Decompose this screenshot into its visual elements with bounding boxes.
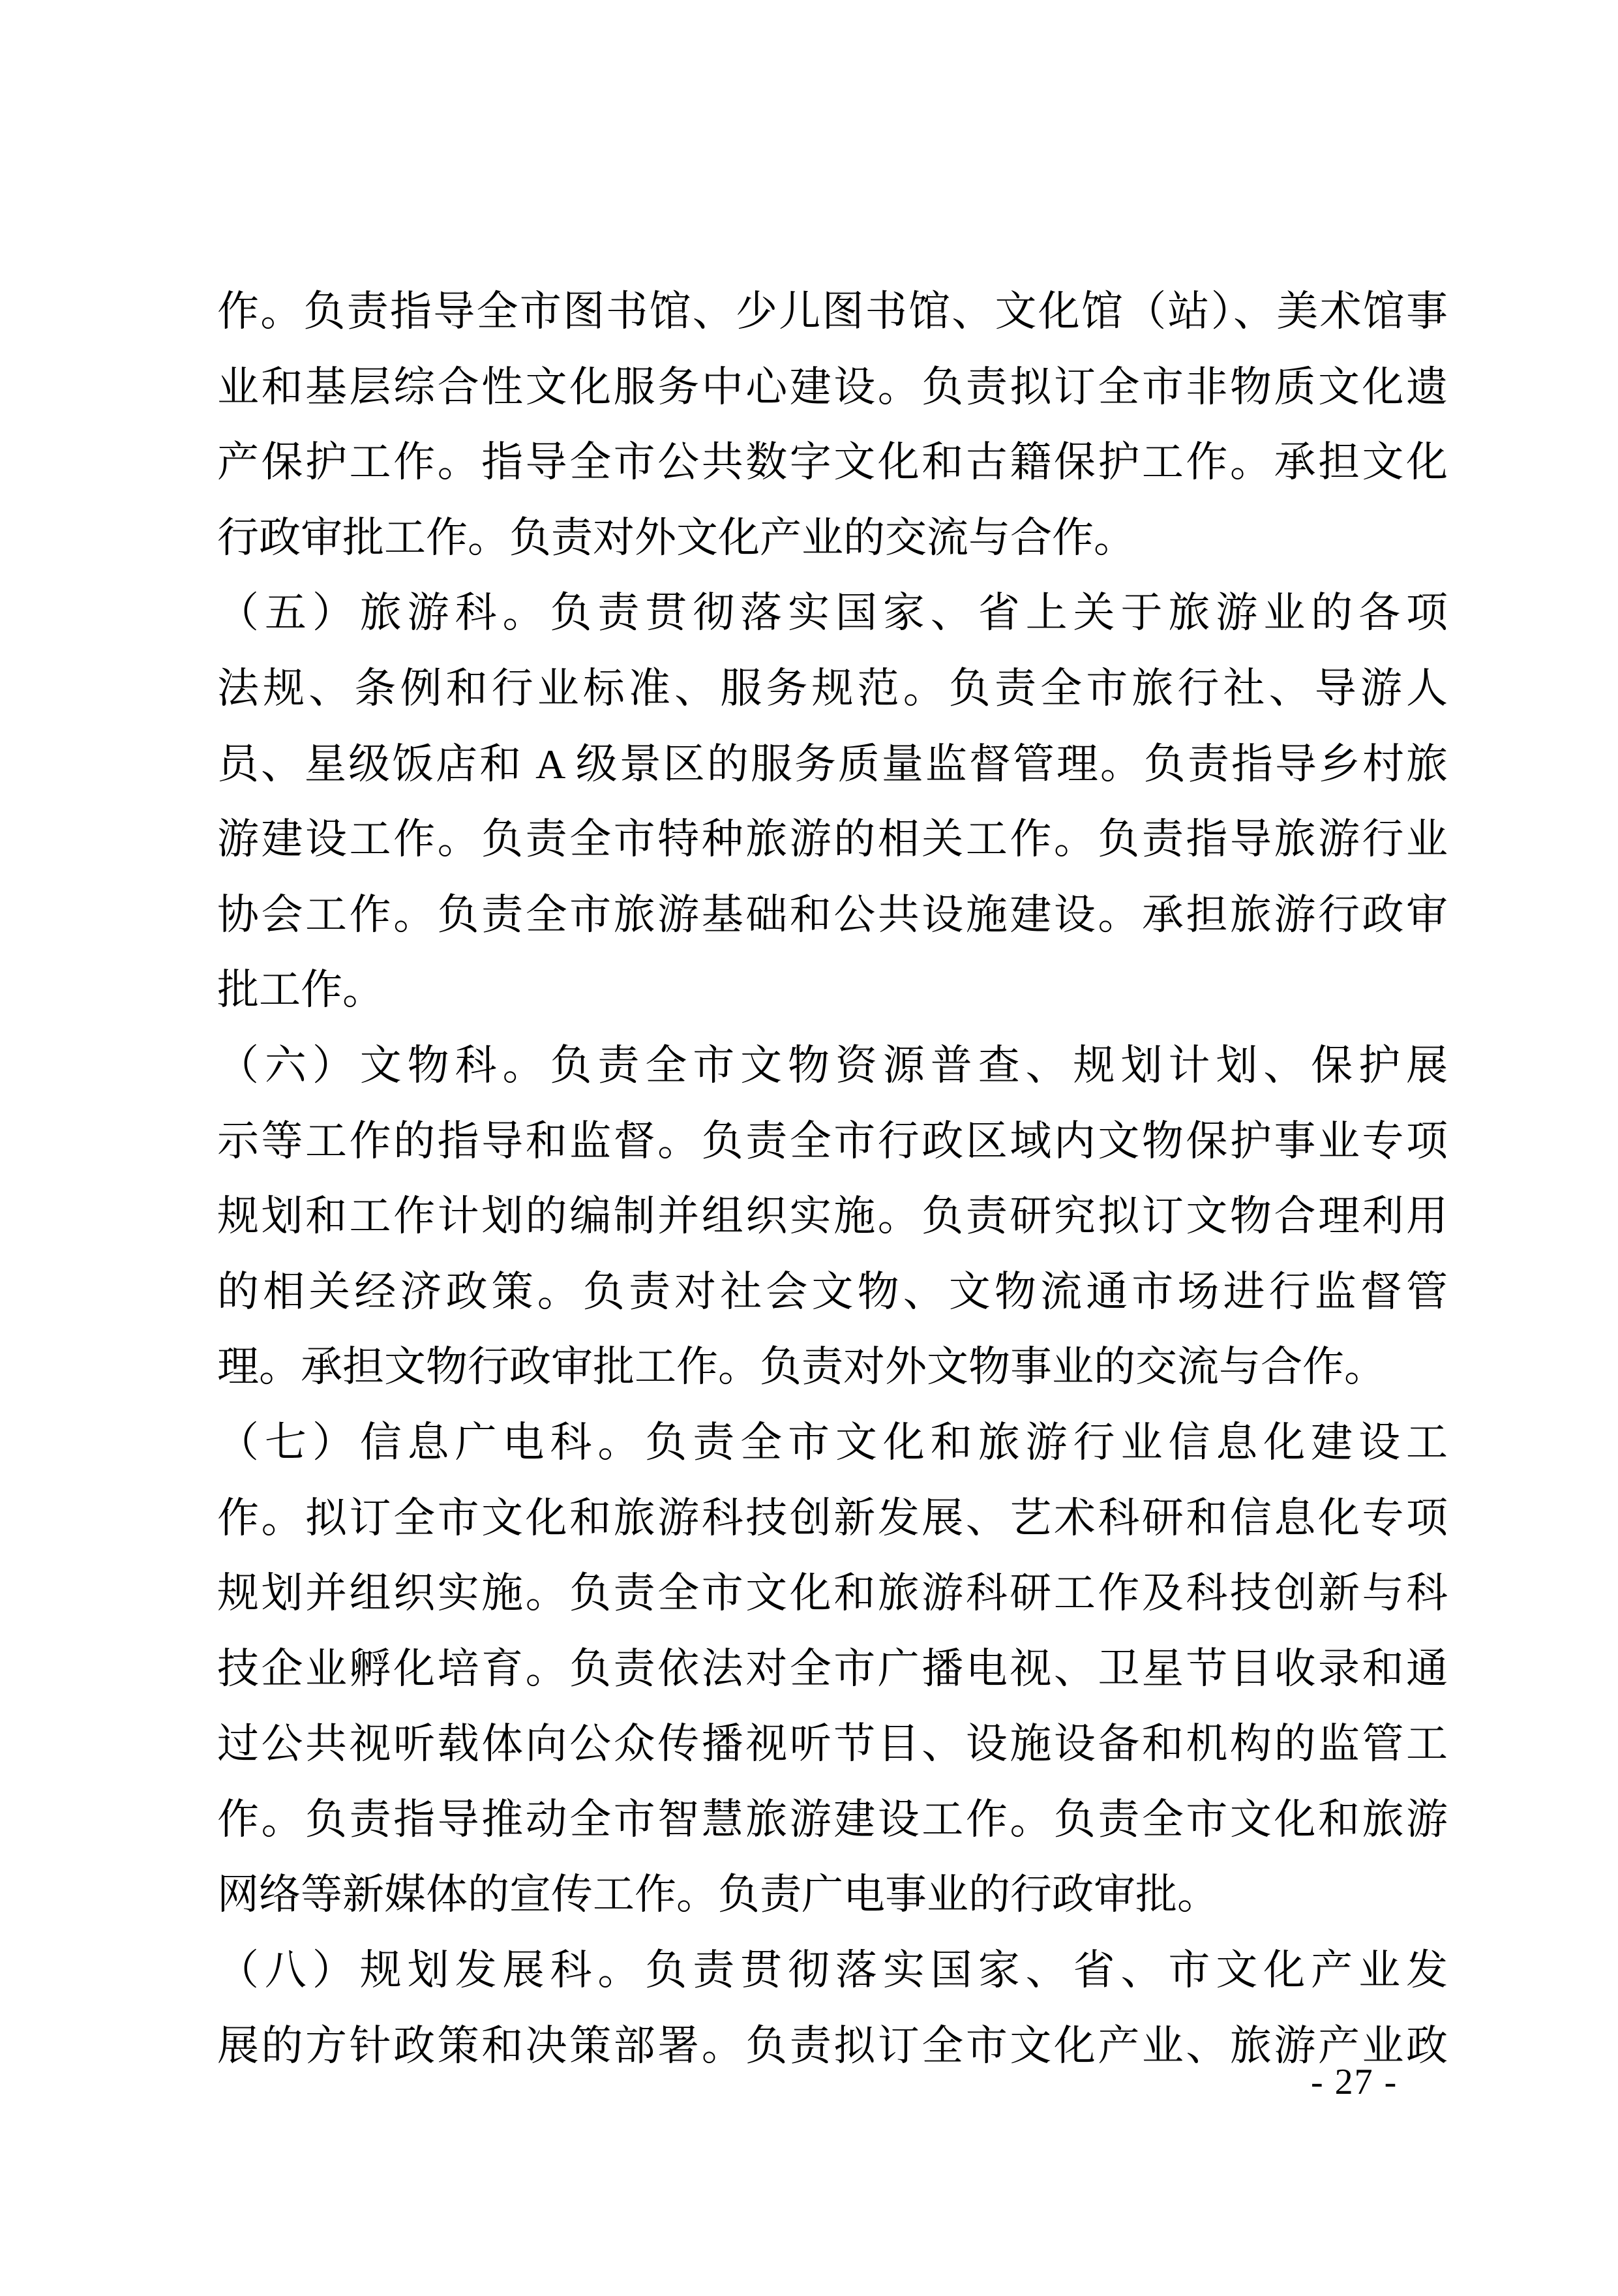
text-line-09: 协会工作。负责全市旅游基础和公共设施建设。承担旅游行政审 — [217, 877, 1448, 953]
text-line-01: 作。负责指导全市图书馆、少儿图书馆、文化馆（站）、美术馆事 — [217, 274, 1448, 350]
text-line-10: 批工作。 — [217, 952, 1448, 1028]
text-line-24: 展的方针政策和决策部署。负责拟订全市文化产业、旅游产业政 — [217, 2008, 1448, 2084]
text-line-04: 行政审批工作。负责对外文化产业的交流与合作。 — [217, 500, 1448, 576]
text-line-03: 产保护工作。指导全市公共数字文化和古籍保护工作。承担文化 — [217, 425, 1448, 500]
text-line-11: （六）文物科。负责全市文物资源普查、规划计划、保护展 — [217, 1028, 1448, 1104]
text-line-17: 作。拟订全市文化和旅游科技创新发展、艺术科研和信息化专项 — [217, 1481, 1448, 1556]
text-line-14: 的相关经济政策。负责对社会文物、文物流通市场进行监督管 — [217, 1254, 1448, 1330]
text-line-23: （八）规划发展科。负责贯彻落实国家、省、市文化产业发 — [217, 1933, 1448, 2008]
text-line-21: 作。负责指导推动全市智慧旅游建设工作。负责全市文化和旅游 — [217, 1782, 1448, 1858]
text-line-22: 网络等新媒体的宣传工作。负责广电事业的行政审批。 — [217, 1857, 1448, 1933]
text-line-08: 游建设工作。负责全市特种旅游的相关工作。负责指导旅游行业 — [217, 802, 1448, 877]
text-line-07: 员、星级饭店和 A 级景区的服务质量监督管理。负责指导乡村旅 — [217, 727, 1448, 802]
text-line-06: 法规、条例和行业标准、服务规范。负责全市旅行社、导游人 — [217, 651, 1448, 727]
text-block: 作。负责指导全市图书馆、少儿图书馆、文化馆（站）、美术馆事 业和基层综合性文化服… — [217, 274, 1448, 2083]
text-line-13: 规划和工作计划的编制并组织实施。负责研究拟订文物合理利用 — [217, 1179, 1448, 1254]
page-number: - 27 - — [1311, 2061, 1398, 2103]
document-page: 作。负责指导全市图书馆、少儿图书馆、文化馆（站）、美术馆事 业和基层综合性文化服… — [0, 0, 1618, 2296]
text-line-16: （七）信息广电科。负责全市文化和旅游行业信息化建设工 — [217, 1405, 1448, 1481]
text-line-15: 理。承担文物行政审批工作。负责对外文物事业的交流与合作。 — [217, 1329, 1448, 1405]
text-line-05: （五）旅游科。负责贯彻落实国家、省上关于旅游业的各项 — [217, 575, 1448, 651]
text-line-02: 业和基层综合性文化服务中心建设。负责拟订全市非物质文化遗 — [217, 350, 1448, 425]
text-line-12: 示等工作的指导和监督。负责全市行政区域内文物保护事业专项 — [217, 1104, 1448, 1179]
text-line-19: 技企业孵化培育。负责依法对全市广播电视、卫星节目收录和通 — [217, 1631, 1448, 1707]
text-line-20: 过公共视听载体向公众传播视听节目、设施设备和机构的监管工 — [217, 1706, 1448, 1782]
text-line-18: 规划并组织实施。负责全市文化和旅游科研工作及科技创新与科 — [217, 1556, 1448, 1631]
